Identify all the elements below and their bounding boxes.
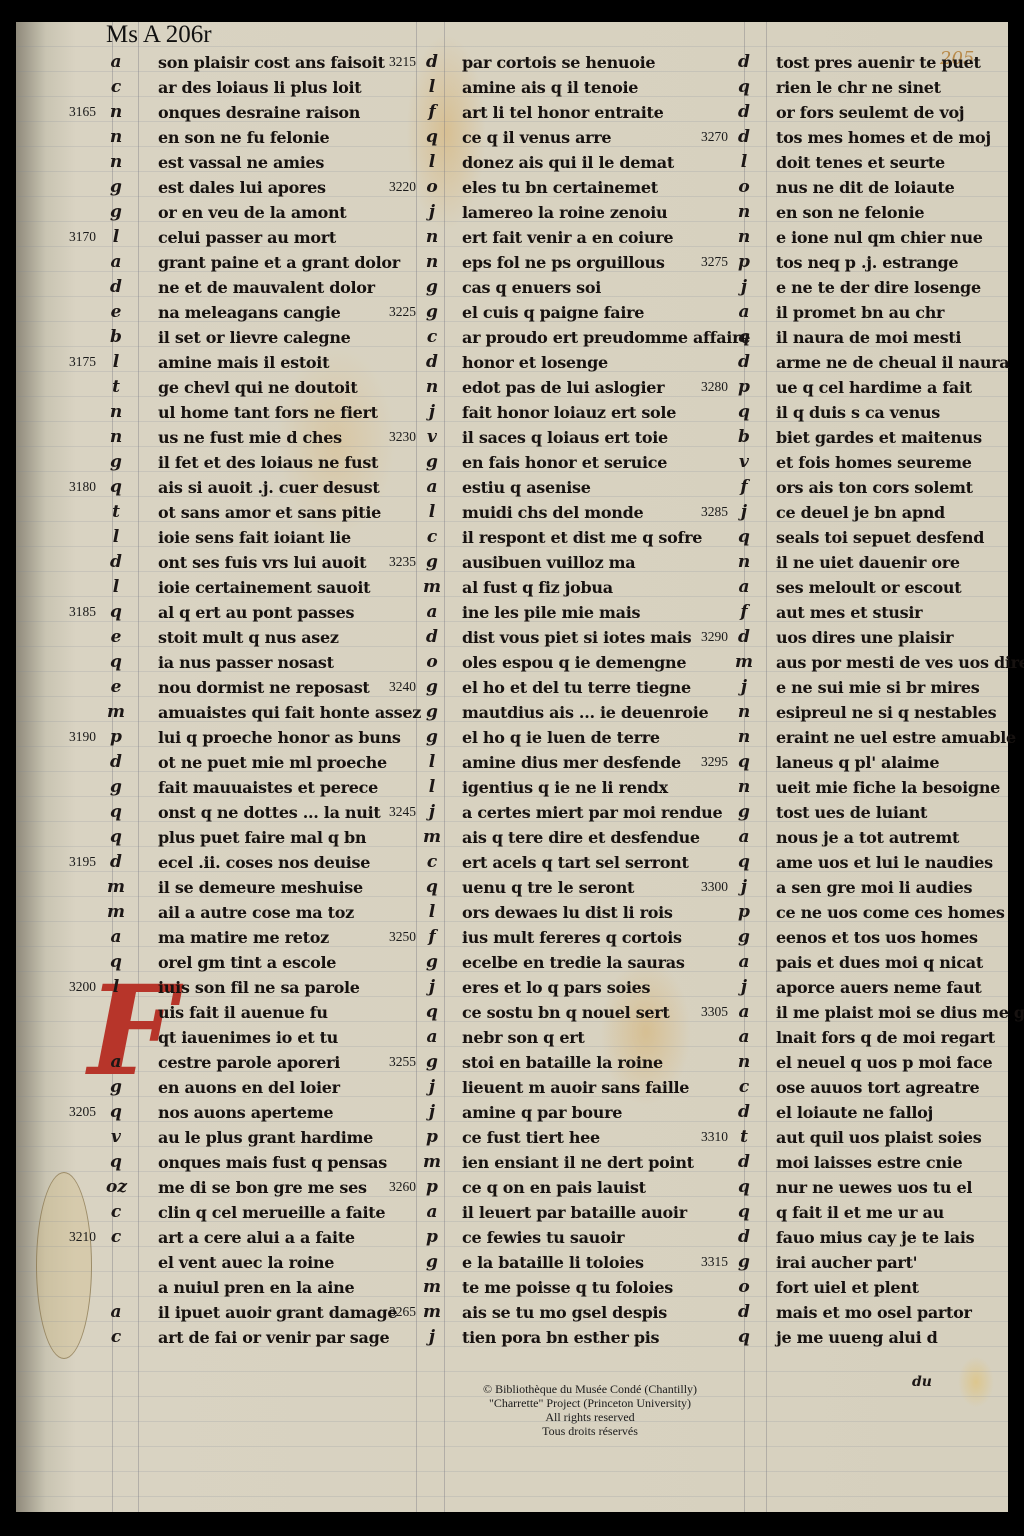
line-initial: n [734, 202, 754, 222]
line-number: 3295 [684, 754, 728, 770]
line-initial: a [106, 927, 126, 947]
line-initial: l [422, 902, 442, 922]
line-initial: q [422, 1002, 442, 1022]
line-number: 3255 [372, 1054, 416, 1070]
verse-text: a certes miert par moi rendue [462, 803, 722, 822]
line-initial: n [106, 127, 126, 147]
line-initial: a [734, 827, 754, 847]
verse-text: al q ert au pont passes [158, 603, 354, 622]
line-number: 3315 [684, 1254, 728, 1270]
verse-text: e la bataille li toloies [462, 1253, 644, 1272]
verse-text: en fais honor et seruice [462, 453, 667, 472]
line-initial: j [422, 202, 442, 222]
verse-text: ueit mie fiche la besoigne [776, 778, 1000, 797]
line-initial: b [106, 327, 126, 347]
line-initial: m [106, 877, 126, 897]
verse-text: dist vous piet si iotes mais [462, 628, 691, 647]
verse-text: na meleagans cangie [158, 303, 341, 322]
verse-text: tost ues de luiant [776, 803, 927, 822]
line-initial: q [106, 827, 126, 847]
line-initial: g [422, 552, 442, 572]
line-initial: a [422, 602, 442, 622]
verse-text: or en veu de la amont [158, 203, 346, 222]
shelfmark-label: Ms A 206r [106, 22, 212, 47]
verse-text: ce deuel je bn apnd [776, 503, 945, 522]
line-initial: j [422, 1102, 442, 1122]
verse-text: iuis son fil ne sa parole [158, 978, 360, 997]
line-number: 3220 [372, 179, 416, 195]
line-initial: p [734, 902, 754, 922]
line-initial: d [734, 127, 754, 147]
verse-text: art a cere alui a a faite [158, 1228, 355, 1247]
line-number: 3265 [372, 1304, 416, 1320]
verse-text: nous je a tot autremt [776, 828, 959, 847]
line-number: 3250 [372, 929, 416, 945]
verse-text: ot ne puet mie ml proeche [158, 753, 387, 772]
line-initial: n [734, 227, 754, 247]
line-initial: g [422, 277, 442, 297]
verse-text: ce q il venus arre [462, 128, 611, 147]
line-initial: p [106, 727, 126, 747]
line-initial: j [422, 802, 442, 822]
line-initial: d [106, 552, 126, 572]
verse-text: ue q cel hardime a fait [776, 378, 972, 397]
verse-text: ail a autre cose ma toz [158, 903, 354, 922]
line-initial: n [734, 552, 754, 572]
verse-text: te me poisse q tu foloies [462, 1278, 673, 1297]
line-initial: j [734, 502, 754, 522]
line-initial: l [422, 752, 442, 772]
verse-text: fait honor loiauz ert sole [462, 403, 676, 422]
line-initial: q [422, 127, 442, 147]
line-initial: p [422, 1127, 442, 1147]
line-initial: m [422, 1152, 442, 1172]
verse-text: amine dius mer desfende [462, 753, 681, 772]
verse-text: nos auons aperteme [158, 1103, 333, 1122]
verse-text: q fait il et me ur au [776, 1203, 944, 1222]
verse-text: muidi chs del monde [462, 503, 643, 522]
verse-text: donez ais qui il le demat [462, 153, 674, 172]
verse-text: en son ne fu felonie [158, 128, 329, 147]
line-initial: a [422, 1202, 442, 1222]
line-number: 3290 [684, 629, 728, 645]
verse-text: ses meloult or escout [776, 578, 961, 597]
line-number: 3210 [52, 1229, 96, 1245]
verse-text: ors ais ton cors solemt [776, 478, 973, 497]
line-number: 3275 [684, 254, 728, 270]
verse-text: il ne uiet dauenir ore [776, 553, 960, 572]
verse-text: ecel .ii. coses nos deuise [158, 853, 370, 872]
verse-text: el ho et del tu terre tiegne [462, 678, 691, 697]
line-initial: l [734, 152, 754, 172]
line-initial: d [106, 277, 126, 297]
verse-text: en son ne felonie [776, 203, 924, 222]
verse-text: par cortois se henuoie [462, 53, 655, 72]
line-initial: p [734, 377, 754, 397]
verse-text: ot sans amor et sans pitie [158, 503, 381, 522]
line-initial: g [106, 452, 126, 472]
line-initial: n [106, 427, 126, 447]
line-initial: l [106, 577, 126, 597]
verse-text: grant paine et a grant dolor [158, 253, 400, 272]
line-initial: d [106, 752, 126, 772]
caption-line: All rights reserved [440, 1410, 740, 1424]
verse-text: ose auuos tort agreatre [776, 1078, 979, 1097]
line-initial: g [422, 452, 442, 472]
verse-text: onques desraine raison [158, 103, 360, 122]
verse-text: il ipuet auoir grant damage [158, 1303, 397, 1322]
line-number: 3285 [684, 504, 728, 520]
line-initial: j [422, 1077, 442, 1097]
line-initial: j [734, 677, 754, 697]
line-initial: n [106, 102, 126, 122]
verse-text: ioie sens fait ioiant lie [158, 528, 351, 547]
verse-text: arme ne de cheual il naura [776, 353, 1009, 372]
line-initial: q [734, 1327, 754, 1347]
line-initial: c [106, 1327, 126, 1347]
verse-text: nur ne uewes uos tu el [776, 1178, 972, 1197]
verse-text: igentius q ie ne li rendx [462, 778, 668, 797]
line-number: 3300 [684, 879, 728, 895]
line-initial: f [422, 102, 442, 122]
line-number: 3260 [372, 1179, 416, 1195]
verse-text: edot pas de lui aslogier [462, 378, 664, 397]
line-initial: f [422, 927, 442, 947]
line-initial: n [106, 152, 126, 172]
verse-text: e ione nul qm chier nue [776, 228, 983, 247]
line-initial: e [106, 677, 126, 697]
verse-text: stoi en bataille la roine [462, 1053, 663, 1072]
verse-text: ar des loiaus li plus loit [158, 78, 361, 97]
verse-text: tien pora bn esther pis [462, 1328, 659, 1347]
line-number: 3215 [372, 54, 416, 70]
line-number: 3185 [52, 604, 96, 620]
line-number: 3230 [372, 429, 416, 445]
line-initial: q [106, 652, 126, 672]
line-initial: v [734, 452, 754, 472]
line-initial: j [734, 977, 754, 997]
verse-text: ert acels q tart sel serront [462, 853, 689, 872]
verse-text: eenos et tos uos homes [776, 928, 978, 947]
verse-text: ge chevl qui ne doutoit [158, 378, 357, 397]
line-initial: m [422, 577, 442, 597]
line-initial: l [422, 77, 442, 97]
line-initial: m [734, 652, 754, 672]
line-initial: g [422, 677, 442, 697]
line-initial: q [734, 327, 754, 347]
line-initial: l [422, 777, 442, 797]
verse-text: ia nus passer nosast [158, 653, 334, 672]
line-initial: d [734, 1102, 754, 1122]
line-initial: c [106, 1202, 126, 1222]
line-initial: q [106, 1152, 126, 1172]
line-initial: d [734, 1227, 754, 1247]
verse-text: ausibuen vuilloz ma [462, 553, 635, 572]
line-initial: o [734, 177, 754, 197]
verse-text: or fors seulemt de voj [776, 103, 964, 122]
line-initial: c [106, 77, 126, 97]
ruling-line [138, 22, 139, 1512]
verse-text: el neuel q uos p moi face [776, 1053, 992, 1072]
verse-text: ais q tere dire et desfendue [462, 828, 700, 847]
verse-text: ce q on en pais lauist [462, 1178, 646, 1197]
line-initial: e [106, 302, 126, 322]
verse-text: ce ne uos come ces homes [776, 903, 1005, 922]
verse-text: ce fust tiert hee [462, 1128, 600, 1147]
line-initial: o [734, 1277, 754, 1297]
verse-text: el ho q ie luen de terre [462, 728, 660, 747]
verse-text: il leuert par bataille auoir [462, 1203, 687, 1222]
line-number: 3205 [52, 1104, 96, 1120]
verse-text: lui q proeche honor as buns [158, 728, 401, 747]
line-initial: n [734, 777, 754, 797]
verse-text: aus por mesti de ves uos dires [776, 653, 1024, 672]
line-number: 3305 [684, 1004, 728, 1020]
line-initial: a [734, 1027, 754, 1047]
line-initial: d [422, 627, 442, 647]
verse-text: ert fait venir a en coiure [462, 228, 673, 247]
verse-text: cas q enuers soi [462, 278, 601, 297]
verse-text: biet gardes et maitenus [776, 428, 982, 447]
line-initial: g [422, 727, 442, 747]
verse-text: aut mes et stusir [776, 603, 922, 622]
verse-text: fauo mius cay je te lais [776, 1228, 974, 1247]
line-initial: p [422, 1227, 442, 1247]
verse-text: qt iauenimes io et tu [158, 1028, 338, 1047]
verse-text: el loiaute ne falloj [776, 1103, 933, 1122]
verse-text: oles espou q ie demengne [462, 653, 686, 672]
line-initial: d [734, 627, 754, 647]
line-initial: l [106, 527, 126, 547]
verse-text: ce sostu bn q nouel sert [462, 1003, 670, 1022]
verse-text: ius mult fereres q cortois [462, 928, 682, 947]
line-number: 3310 [684, 1129, 728, 1145]
line-number: 3225 [372, 304, 416, 320]
line-initial: l [106, 977, 126, 997]
verse-text: fort uiel et plent [776, 1278, 919, 1297]
line-initial: a [734, 577, 754, 597]
line-initial: v [422, 427, 442, 447]
verse-text: eres et lo q pars soies [462, 978, 650, 997]
verse-text: il fet et des loiaus ne fust [158, 453, 378, 472]
verse-text: e ne sui mie si br mires [776, 678, 979, 697]
line-initial: a [106, 1302, 126, 1322]
line-initial: n [422, 227, 442, 247]
line-initial: a [734, 1002, 754, 1022]
line-initial: a [422, 1027, 442, 1047]
line-initial: j [734, 277, 754, 297]
line-initial: c [422, 527, 442, 547]
verse-text: il se demeure meshuise [158, 878, 363, 897]
line-initial: oz [106, 1177, 126, 1197]
verse-text: uis fait il auenue fu [158, 1003, 328, 1022]
line-initial: n [106, 402, 126, 422]
line-initial: n [734, 727, 754, 747]
line-initial: d [106, 852, 126, 872]
line-initial: p [734, 252, 754, 272]
line-initial: g [106, 777, 126, 797]
verse-text: ar proudo ert preudomme affaire [462, 328, 750, 347]
verse-text: cestre parole aporeri [158, 1053, 340, 1072]
line-number: 3245 [372, 804, 416, 820]
line-initial: a [734, 302, 754, 322]
line-initial: g [422, 952, 442, 972]
line-initial: v [106, 1127, 126, 1147]
line-initial: q [106, 1102, 126, 1122]
verse-text: je me uueng alui d [776, 1328, 938, 1347]
line-initial: g [734, 1252, 754, 1272]
verse-text: il naura de moi mesti [776, 328, 961, 347]
verse-text: estiu q asenise [462, 478, 591, 497]
verse-text: ors dewaes lu dist li rois [462, 903, 673, 922]
verse-text: ioie certainement sauoit [158, 578, 370, 597]
line-initial: p [422, 1177, 442, 1197]
verse-text: uenu q tre le seront [462, 878, 634, 897]
line-number: 3235 [372, 554, 416, 570]
line-initial: q [106, 602, 126, 622]
ruling-line [766, 22, 767, 1512]
line-initial: d [422, 352, 442, 372]
verse-text: doit tenes et seurte [776, 153, 945, 172]
line-initial: c [422, 852, 442, 872]
verse-text: est vassal ne amies [158, 153, 324, 172]
verse-text: onst q ne dottes ... la nuit [158, 803, 380, 822]
verse-text: ien ensiant il ne dert point [462, 1153, 694, 1172]
line-initial: g [422, 1052, 442, 1072]
verse-text: ne et de mauvalent dolor [158, 278, 375, 297]
verse-text: nou dormist ne reposast [158, 678, 370, 697]
line-initial: t [106, 377, 126, 397]
verse-text: ame uos et lui le naudies [776, 853, 993, 872]
line-number: 3270 [684, 129, 728, 145]
line-initial: q [422, 877, 442, 897]
verse-text: nebr son q ert [462, 1028, 584, 1047]
verse-text: esipreul ne si q nestables [776, 703, 996, 722]
line-initial: c [106, 1227, 126, 1247]
line-initial: l [422, 502, 442, 522]
line-number: 3170 [52, 229, 96, 245]
verse-text: us ne fust mie d ches [158, 428, 342, 447]
line-initial: j [422, 977, 442, 997]
line-initial: f [734, 602, 754, 622]
line-initial: j [422, 402, 442, 422]
line-initial: g [422, 702, 442, 722]
line-initial: d [734, 102, 754, 122]
line-initial: g [422, 1252, 442, 1272]
verse-text: il q duis s ca venus [776, 403, 940, 422]
verse-text: nus ne dit de loiaute [776, 178, 955, 197]
verse-text: eles tu bn certainemet [462, 178, 658, 197]
verse-text: aut quil uos plaist soies [776, 1128, 982, 1147]
verse-text: au le plus grant hardime [158, 1128, 373, 1147]
line-initial: c [422, 327, 442, 347]
line-initial: q [734, 1177, 754, 1197]
line-initial: m [422, 1302, 442, 1322]
line-initial: q [734, 527, 754, 547]
verse-text: ais se tu mo gsel despis [462, 1303, 667, 1322]
verse-text: ais si auoit .j. cuer desust [158, 478, 379, 497]
verse-text: ul home tant fors ne fiert [158, 403, 378, 422]
line-initial: l [422, 152, 442, 172]
line-initial: n [422, 252, 442, 272]
line-initial: q [734, 77, 754, 97]
line-number: 3165 [52, 104, 96, 120]
verse-text: fait mauuaistes et perece [158, 778, 378, 797]
caption-line: © Bibliothèque du Musée Condé (Chantilly… [440, 1382, 740, 1396]
verse-text: plus puet faire mal q bn [158, 828, 366, 847]
line-initial: e [106, 627, 126, 647]
verse-text: orel gm tint a escole [158, 953, 336, 972]
verse-text: et fois homes seureme [776, 453, 972, 472]
line-initial: j [734, 877, 754, 897]
verse-text: el cuis q paigne faire [462, 303, 644, 322]
line-initial: n [734, 702, 754, 722]
verse-text: tos neq p .j. estrange [776, 253, 958, 272]
verse-text: pais et dues moi q nicat [776, 953, 983, 972]
verse-text: lieuent m auoir sans faille [462, 1078, 689, 1097]
line-initial: t [734, 1127, 754, 1147]
verse-text: me di se bon gre me ses [158, 1178, 367, 1197]
line-initial: a [422, 477, 442, 497]
copyright-caption: © Bibliothèque du Musée Condé (Chantilly… [440, 1382, 740, 1438]
line-initial: g [734, 802, 754, 822]
verse-text: ecelbe en tredie la sauras [462, 953, 685, 972]
line-initial: n [422, 377, 442, 397]
verse-text: amuaistes qui fait honte assez [158, 703, 421, 722]
line-number: 3195 [52, 854, 96, 870]
line-initial: g [106, 177, 126, 197]
line-number: 3280 [684, 379, 728, 395]
verse-text: il promet bn au chr [776, 303, 944, 322]
line-initial: d [734, 1152, 754, 1172]
verse-text: laneus q pl' alaime [776, 753, 939, 772]
caption-line: "Charrette" Project (Princeton Universit… [440, 1396, 740, 1410]
verse-text: seals toi sepuet desfend [776, 528, 984, 547]
line-initial: t [106, 502, 126, 522]
verse-text: eps fol ne ps orguillous [462, 253, 665, 272]
line-initial: d [734, 1302, 754, 1322]
ruling-line [444, 22, 445, 1512]
verse-text: uos dires une plaisir [776, 628, 953, 647]
verse-text: stoit mult q nus asez [158, 628, 339, 647]
line-initial: a [106, 1052, 126, 1072]
verse-text: a nuiul pren en la aine [158, 1278, 354, 1297]
line-initial: q [734, 1202, 754, 1222]
verse-text: moi laisses estre cnie [776, 1153, 962, 1172]
verse-text: lnait fors q de moi regart [776, 1028, 995, 1047]
line-initial: m [422, 827, 442, 847]
verse-text: eraint ne uel estre amuable [776, 728, 1016, 747]
line-number: 3175 [52, 354, 96, 370]
catchword: du [912, 1374, 932, 1390]
caption-line: Tous droits réservés [440, 1424, 740, 1438]
line-initial: d [422, 52, 442, 72]
verse-text: el vent auec la roine [158, 1253, 334, 1272]
verse-text: est dales lui apores [158, 178, 326, 197]
line-initial: a [106, 252, 126, 272]
verse-text: art de fai or venir par sage [158, 1328, 389, 1347]
verse-text: honor et losenge [462, 353, 608, 372]
line-initial: l [106, 352, 126, 372]
verse-text: a sen gre moi li audies [776, 878, 972, 897]
line-initial: f [734, 477, 754, 497]
verse-text: rien le chr ne sinet [776, 78, 941, 97]
line-initial: m [422, 1277, 442, 1297]
verse-text: mautdius ais ... ie deuenroie [462, 703, 708, 722]
line-initial: o [422, 177, 442, 197]
verse-text: art li tel honor entraite [462, 103, 663, 122]
line-initial: m [106, 702, 126, 722]
